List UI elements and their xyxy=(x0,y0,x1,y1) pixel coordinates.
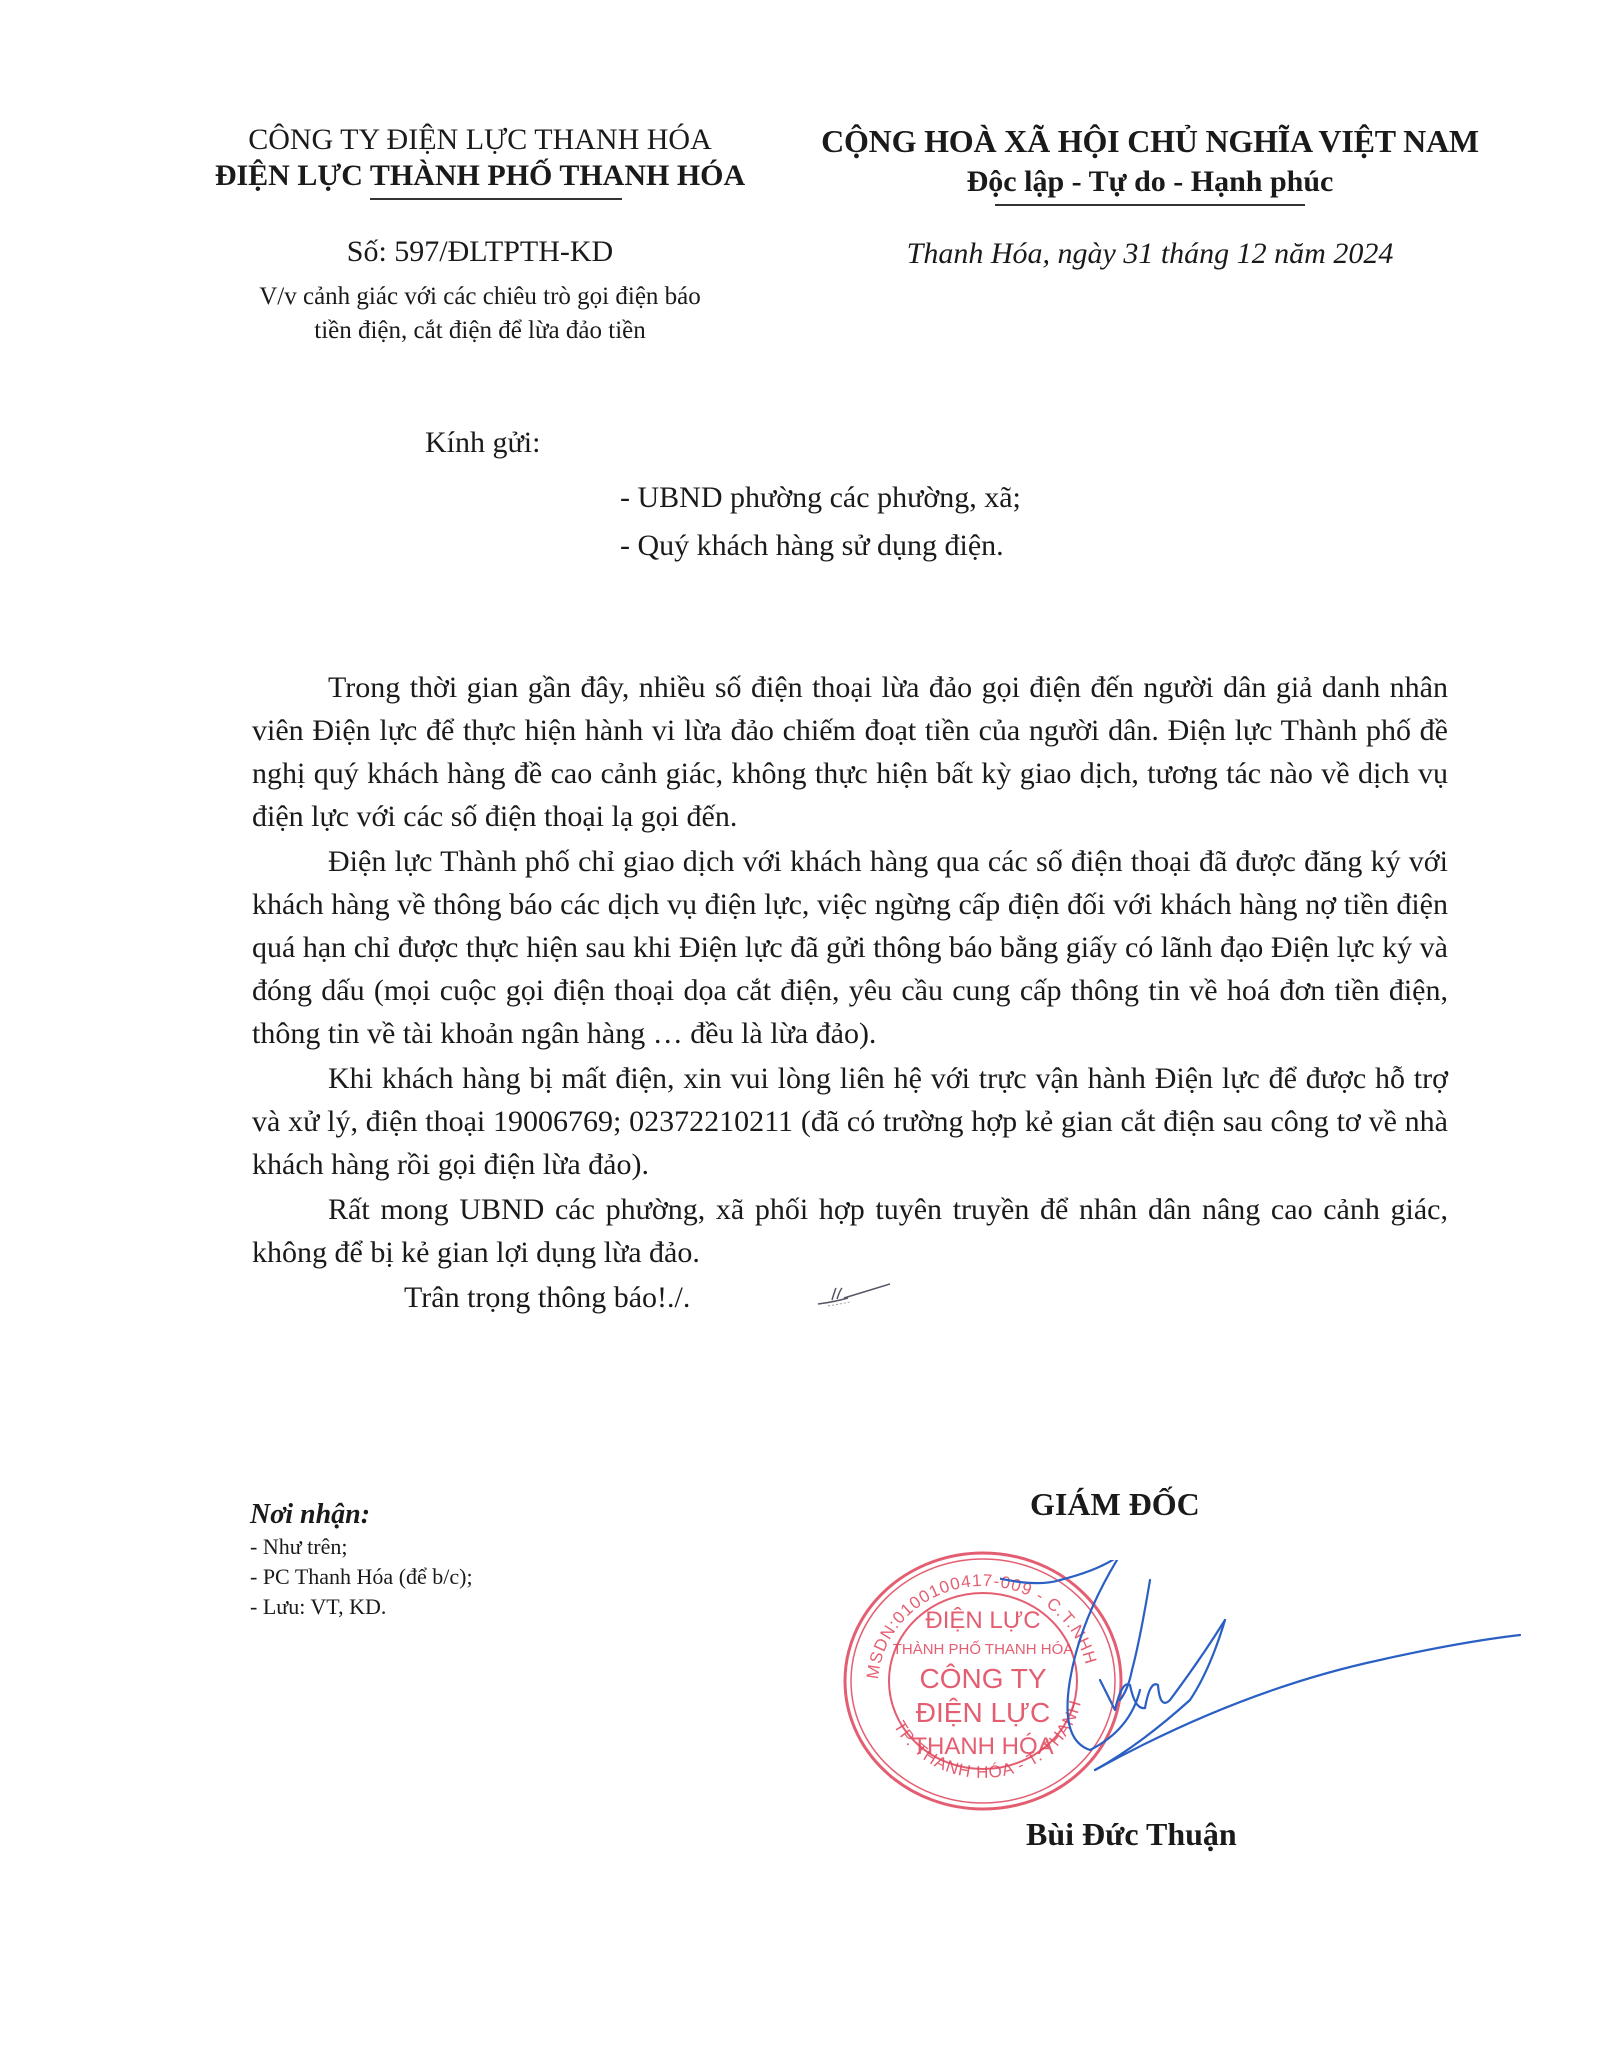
recipient-item: - PC Thanh Hóa (để b/c); xyxy=(250,1562,473,1592)
header-underline xyxy=(370,198,622,200)
national-header-block: CỘNG HOÀ XÃ HỘI CHỦ NGHĨA VIỆT NAM Độc l… xyxy=(790,122,1510,272)
motto-underline xyxy=(995,204,1305,206)
body-paragraph: Rất mong UBND các phường, xã phối hợp tu… xyxy=(252,1188,1448,1274)
signer-title: GIÁM ĐỐC xyxy=(1030,1486,1200,1523)
signer-name: Bùi Đức Thuận xyxy=(1026,1816,1237,1853)
national-title: CỘNG HOÀ XÃ HỘI CHỦ NGHĨA VIỆT NAM xyxy=(790,122,1510,160)
initials-mark-icon xyxy=(738,1279,894,1322)
addressee-item: - Quý khách hàng sử dụng điện. xyxy=(620,522,1021,570)
addressee-item: - UBND phường các phường, xã; xyxy=(620,474,1021,522)
greeting: Kính gửi: xyxy=(425,426,540,460)
parent-organization: CÔNG TY ĐIỆN LỰC THANH HÓA xyxy=(160,122,800,158)
national-motto: Độc lập - Tự do - Hạnh phúc xyxy=(790,164,1510,200)
letter-body: Trong thời gian gần đây, nhiều số điện t… xyxy=(252,666,1448,1324)
subject-line: V/v cảnh giác với các chiêu trò gọi điện… xyxy=(160,280,800,348)
recipients-title: Nơi nhận: xyxy=(250,1498,473,1532)
body-paragraph: Trong thời gian gần đây, nhiều số điện t… xyxy=(252,666,1448,838)
closing-text: Trân trọng thông báo!./. xyxy=(328,1276,690,1319)
recipients-block: Nơi nhận: - Như trên; - PC Thanh Hóa (để… xyxy=(250,1498,473,1622)
addressee-list: - UBND phường các phường, xã; - Quý khác… xyxy=(620,474,1021,570)
place-date: Thanh Hóa, ngày 31 tháng 12 năm 2024 xyxy=(790,236,1510,272)
body-paragraph: Khi khách hàng bị mất điện, xin vui lòng… xyxy=(252,1057,1448,1186)
recipient-item: - Như trên; xyxy=(250,1532,473,1562)
organization-name: ĐIỆN LỰC THÀNH PHỐ THANH HÓA xyxy=(160,158,800,194)
handwritten-signature-icon xyxy=(1000,1560,1540,1795)
subject-line-2: tiền điện, cắt điện để lừa đảo tiền xyxy=(160,314,800,348)
recipient-item: - Lưu: VT, KD. xyxy=(250,1592,473,1622)
issuing-organization-block: CÔNG TY ĐIỆN LỰC THANH HÓA ĐIỆN LỰC THÀN… xyxy=(160,122,800,348)
subject-line-1: V/v cảnh giác với các chiêu trò gọi điện… xyxy=(160,280,800,314)
body-paragraph: Điện lực Thành phố chỉ giao dịch với khá… xyxy=(252,840,1448,1055)
document-number: Số: 597/ĐLTPTH-KD xyxy=(160,234,800,270)
closing-line: Trân trọng thông báo!./. xyxy=(252,1276,1448,1322)
